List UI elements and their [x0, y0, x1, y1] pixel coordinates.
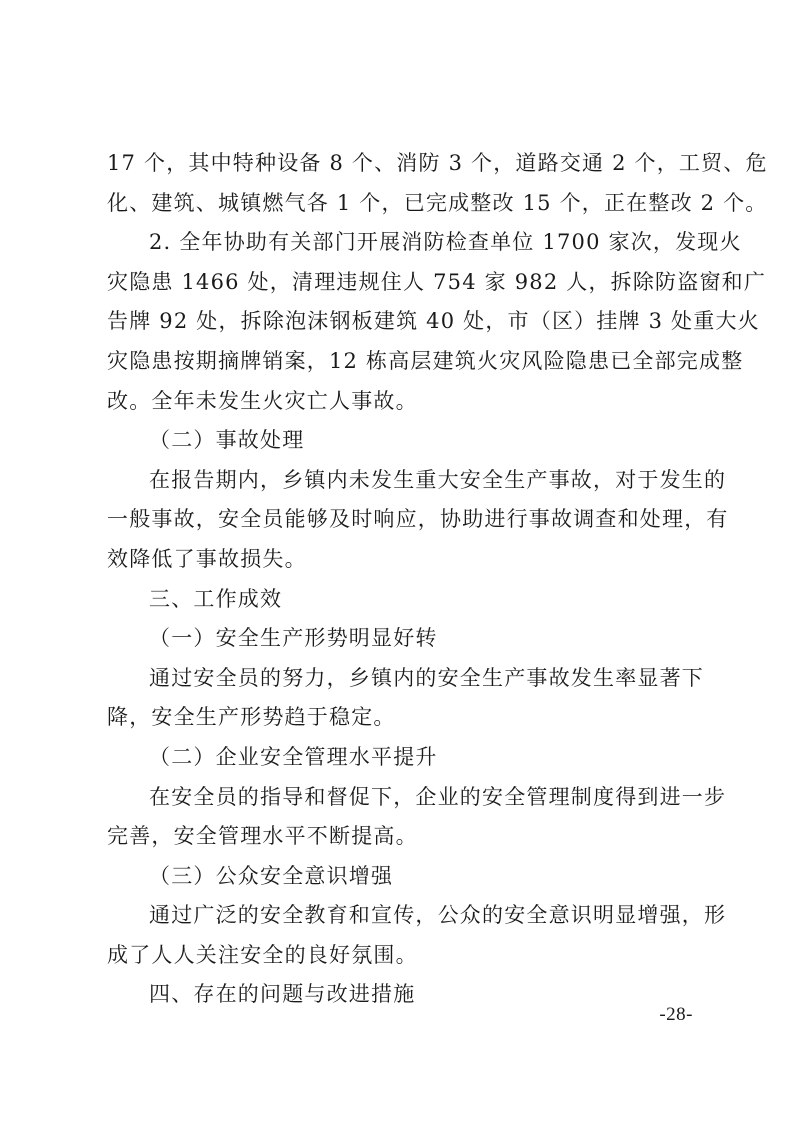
subsection-heading-public-awareness: （三）公众安全意识增强 [107, 857, 690, 897]
paragraph-public-awareness: 通过广泛的安全教育和宣传，公众的安全意识明显增强，形 成了人人关注安全的良好氛围… [107, 896, 690, 975]
text-line: 成了人人关注安全的良好氛围。 [107, 936, 690, 976]
paragraph-management-improved: 在安全员的指导和督促下，企业的安全管理制度得到进一步 完善，安全管理水平不断提高… [107, 778, 690, 857]
text-line: 在报告期内，乡镇内未发生重大安全生产事故，对于发生的 [107, 461, 690, 501]
text-line: 通过广泛的安全教育和宣传，公众的安全意识明显增强，形 [107, 896, 690, 936]
paragraph-fire-inspection: 2. 全年协助有关部门开展消防检查单位 1700 家次，发现火 灾隐患 1466… [107, 223, 690, 421]
text-line: 灾隐患按期摘牌销案，12 栋高层建筑火灾风险隐患已全部完成整 [107, 342, 690, 382]
text-line: 在安全员的指导和督促下，企业的安全管理制度得到进一步 [107, 778, 690, 818]
paragraph-accident-handling: 在报告期内，乡镇内未发生重大安全生产事故，对于发生的 一般事故，安全员能够及时响… [107, 461, 690, 580]
paragraph-continuation: 17 个，其中特种设备 8 个、消防 3 个，道路交通 2 个，工贸、危 化、建… [107, 144, 690, 223]
page-number: -28- [659, 1004, 693, 1026]
document-page: 17 个，其中特种设备 8 个、消防 3 个，道路交通 2 个，工贸、危 化、建… [107, 144, 690, 1015]
text-line: 降，安全生产形势趋于稳定。 [107, 698, 690, 738]
section-heading-results: 三、工作成效 [107, 580, 690, 620]
text-line: 通过安全员的努力，乡镇内的安全生产事故发生率显著下 [107, 659, 690, 699]
paragraph-safety-improved: 通过安全员的努力，乡镇内的安全生产事故发生率显著下 降，安全生产形势趋于稳定。 [107, 659, 690, 738]
text-line: 化、建筑、城镇燃气各 1 个，已完成整改 15 个，正在整改 2 个。 [107, 184, 690, 224]
text-line: 灾隐患 1466 处，清理违规住人 754 家 982 人，拆除防盗窗和广 [107, 263, 690, 303]
text-line: 完善，安全管理水平不断提高。 [107, 817, 690, 857]
text-line: 改。全年未发生火灾亡人事故。 [107, 382, 690, 422]
subsection-heading-management-improved: （二）企业安全管理水平提升 [107, 738, 690, 778]
text-line: 17 个，其中特种设备 8 个、消防 3 个，道路交通 2 个，工贸、危 [107, 144, 690, 184]
text-line: 一般事故，安全员能够及时响应，协助进行事故调查和处理，有 [107, 500, 690, 540]
text-line: 告牌 92 处，拆除泡沫钢板建筑 40 处，市（区）挂牌 3 处重大火 [107, 302, 690, 342]
text-line: 2. 全年协助有关部门开展消防检查单位 1700 家次，发现火 [107, 223, 690, 263]
subsection-heading-accident-handling: （二）事故处理 [107, 421, 690, 461]
text-line: 效降低了事故损失。 [107, 540, 690, 580]
section-heading-problems: 四、存在的问题与改进措施 [107, 975, 690, 1015]
subsection-heading-safety-improved: （一）安全生产形势明显好转 [107, 619, 690, 659]
